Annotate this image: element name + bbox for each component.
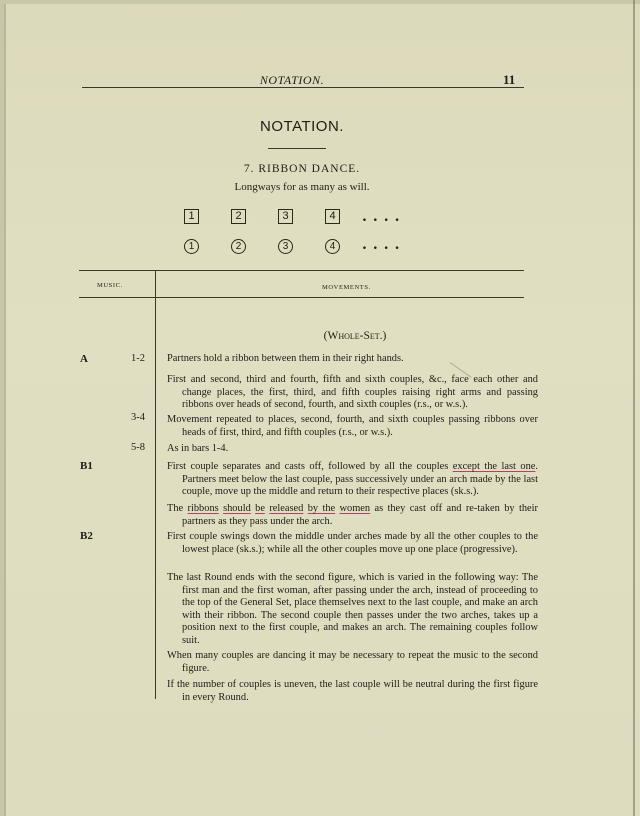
music-part-b2: B2: [80, 530, 93, 542]
movement-paragraph-annotated: First couple separates and casts off, fo…: [167, 461, 538, 499]
music-bars: 5-8: [131, 442, 145, 453]
movements-column-header: MOVEMENTS.: [322, 284, 371, 291]
woman-position-icon: 4: [325, 239, 340, 254]
movement-paragraph: The last Round ends with the second figu…: [167, 572, 538, 648]
table-top-rule: [79, 270, 524, 271]
section-heading: (Whole-Set.): [155, 330, 555, 342]
handwritten-underline: be: [255, 503, 265, 514]
movement-paragraph-annotated: The ribbons should be released by the wo…: [167, 503, 538, 528]
handwritten-underline: women: [340, 503, 371, 514]
music-column-header: MUSIC.: [97, 282, 123, 289]
movement-paragraph: First couple swings down the middle unde…: [167, 531, 538, 556]
dance-title: 7. RIBBON DANCE.: [0, 163, 604, 175]
page-right-edge: [633, 0, 635, 816]
handwritten-underline: except the last one: [453, 461, 536, 472]
table-header-rule: [79, 297, 524, 298]
title-rule: [268, 148, 326, 149]
man-position-icon: 2: [231, 209, 246, 224]
movement-paragraph: As in bars 1-4.: [167, 443, 538, 456]
dance-formation: Longways for as many as will.: [0, 181, 604, 193]
continuation-dots: ....: [362, 209, 406, 225]
handwritten-underline: should: [223, 503, 251, 514]
page-top-edge: [0, 0, 640, 4]
movement-paragraph: First and second, third and fourth, fift…: [167, 374, 538, 412]
man-position-icon: 4: [325, 209, 340, 224]
handwritten-underline: ribbons: [188, 503, 219, 514]
man-position-icon: 3: [278, 209, 293, 224]
music-bars: 1-2: [131, 353, 145, 364]
scanned-page: NOTATION. 11 NOTATION. 7. RIBBON DANCE. …: [0, 0, 640, 816]
continuation-dots: ....: [362, 237, 406, 253]
page-number: 11: [503, 72, 515, 88]
handwritten-underline: by the: [308, 503, 335, 514]
woman-position-icon: 2: [231, 239, 246, 254]
woman-position-icon: 1: [184, 239, 199, 254]
movement-paragraph: Partners hold a ribbon between them in t…: [167, 353, 538, 366]
music-part-b1: B1: [80, 460, 93, 472]
man-position-icon: 1: [184, 209, 199, 224]
running-head-rule: [82, 87, 524, 88]
movement-paragraph: When many couples are dancing it may be …: [167, 650, 538, 675]
movement-paragraph: If the number of couples is uneven, the …: [167, 679, 538, 704]
running-head-title: NOTATION.: [0, 73, 584, 88]
woman-position-icon: 3: [278, 239, 293, 254]
music-bars: 3-4: [131, 412, 145, 423]
handwritten-underline: released: [269, 503, 303, 514]
page-title: NOTATION.: [0, 118, 604, 135]
music-part-a: A: [80, 353, 88, 365]
movement-paragraph: Movement repeated to places, second, fou…: [167, 414, 538, 439]
